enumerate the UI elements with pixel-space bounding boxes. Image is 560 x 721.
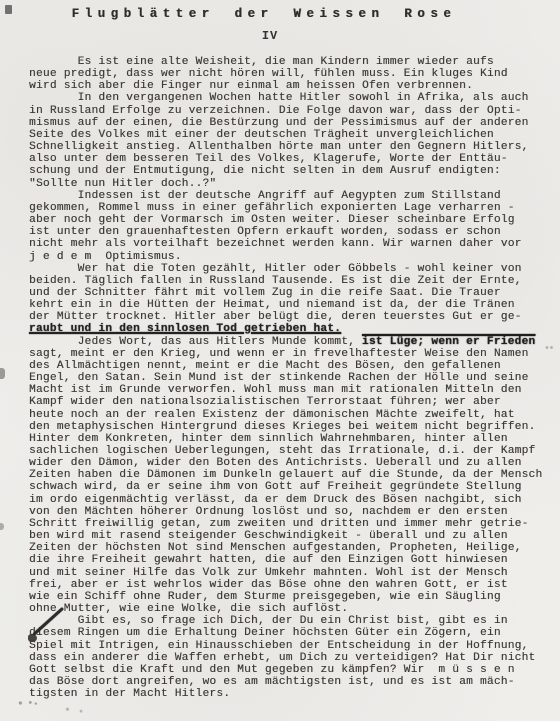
- text-line: gekommen, Rommel muss in einer gefährlic…: [29, 202, 545, 214]
- text-line: Schritt freiwillig getan, zum zweiten un…: [29, 518, 545, 530]
- scan-speck: [60, 706, 90, 714]
- text-line: Zeiten der höchsten Not sind Menschen au…: [29, 542, 545, 554]
- scanned-leaflet-page: Flugblätter der Weissen Rose IV Es ist e…: [0, 0, 560, 721]
- text-line: das Böse dort angreifen, wo es am mächti…: [29, 676, 545, 688]
- text-line: Jedes Wort, das aus Hitlers Munde kommt,…: [29, 336, 545, 348]
- text-line: wider den Dämon, wider den Boten des Ant…: [29, 457, 545, 469]
- text-line: Wer hat die Toten gezählt, Hitler oder G…: [29, 263, 545, 275]
- text-line: Macht ist im Grunde verworfen. Wohl muss…: [29, 384, 545, 396]
- text-line: "Sollte nun Hitler doch..?": [29, 178, 545, 190]
- text-line: der Mütter trocknet. Hitler aber belügt …: [29, 311, 545, 323]
- text-line: im ordo eigenmächtig verlässt, da er dem…: [29, 494, 545, 506]
- scan-speck: [5, 5, 12, 14]
- text-line: den metaphysischen Hintergrund dieses Kr…: [29, 421, 545, 433]
- text-line: des Allmächtigen nennt, meint er die Mac…: [29, 360, 545, 372]
- text-line: wie ein Schiff ohne Ruder, dem Sturme pr…: [29, 591, 545, 603]
- text-line: Es ist eine alte Weisheit, die man Kinde…: [29, 56, 545, 68]
- text-line: nicht mehr als vorteilhaft bezeichnet we…: [29, 238, 545, 250]
- text-line: diesem Ringen um die Erhaltung Deiner hö…: [29, 627, 545, 639]
- scan-speck: [0, 368, 5, 379]
- scan-speck: [544, 345, 554, 350]
- text-line: schwach wird, da er seine ihm von Gott a…: [29, 481, 545, 493]
- text-line: Engel, den Satan. Sein Mund ist der stin…: [29, 372, 545, 384]
- text-line: und mit seiner Hilfe das Volk zur Umkehr…: [29, 567, 545, 579]
- text-line: ohne Mutter, wie eine Wolke, die sich au…: [29, 603, 545, 615]
- text-line: Gott selbst die Kraft und den Mut gegebe…: [29, 664, 545, 676]
- text-line: neue predigt, dass wer nicht hören will,…: [29, 68, 545, 80]
- text-line: sachlichen logischen Ueberlegungen, steh…: [29, 445, 545, 457]
- text-line: ben wird mit rasend steigender Geschwind…: [29, 530, 545, 542]
- ink-blob-artifact: [28, 634, 37, 642]
- text-line: schung und der Entmutigung, die nicht se…: [29, 165, 545, 177]
- text-line: in Russland Erfolge zu verzeichnen. Die …: [29, 105, 545, 117]
- text-line: Spiel mit Intrigen, ein Hinausschieben d…: [29, 640, 545, 652]
- text-line: j e d e m Optimismus.: [29, 251, 545, 263]
- text-line: kehrt ein in die Hütten der Heimat, und …: [29, 299, 545, 311]
- text-line: dass ein anderer die Waffen erhebt, um D…: [29, 652, 545, 664]
- text-line: wird sich aber die Finger nur einmal am …: [29, 80, 545, 92]
- text-line: Gibt es, so frage ich Dich, der Du ein C…: [29, 615, 545, 627]
- leaflet-body: Es ist eine alte Weisheit, die man Kinde…: [29, 56, 545, 700]
- text-line: die ihre Freiheit gewahrt hatten, die au…: [29, 554, 545, 566]
- text-line: mismus auf der einen, die Bestürzung und…: [29, 117, 545, 129]
- text-line: Indessen ist der deutsche Angriff auf Ae…: [29, 190, 545, 202]
- text-line: aber noch geht der Vormarsch im Osten we…: [29, 214, 545, 226]
- text-line: heute noch an der realen Existenz der dä…: [29, 409, 545, 421]
- text-line: und der Schnitter fährt mit vollem Zug i…: [29, 287, 545, 299]
- text-line: Seite des Volkes mit einer der deutschen…: [29, 129, 545, 141]
- text-line: tigsten in der Macht Hitlers.: [29, 688, 545, 700]
- leaflet-number: IV: [0, 29, 550, 43]
- text-line: Kampf wider den nationalsozialistischen …: [29, 396, 545, 408]
- text-line: Schnelligkeit anstieg. Allenthalben hört…: [29, 141, 545, 153]
- text-line: also unter dem besseren Teil des Volkes,…: [29, 153, 545, 165]
- text-line: Zeiten haben die Dämonen im Dunkeln gela…: [29, 469, 545, 481]
- text-line: sagt, meint er den Krieg, und wenn er in…: [29, 348, 545, 360]
- text-line: von den Mächten höherer Ordnung loslöst …: [29, 506, 545, 518]
- document-title: Flugblätter der Weissen Rose: [0, 7, 544, 21]
- text-line: Hinter dem Konkreten, hinter dem sinnlic…: [29, 433, 545, 445]
- text-line: ist unter den grauenhaftesten Opfern erk…: [29, 226, 545, 238]
- scan-speck: [16, 700, 38, 706]
- text-line: beiden. Täglich fallen in Russland Tause…: [29, 275, 545, 287]
- scan-speck: [0, 523, 4, 530]
- text-line: frei, aber er ist wehrlos wider das Böse…: [29, 579, 545, 591]
- text-line: In den vergangenen Wochen hatte Hitler s…: [29, 92, 545, 104]
- text-line: raubt und in den sinnlosen Tod getrieben…: [29, 323, 545, 335]
